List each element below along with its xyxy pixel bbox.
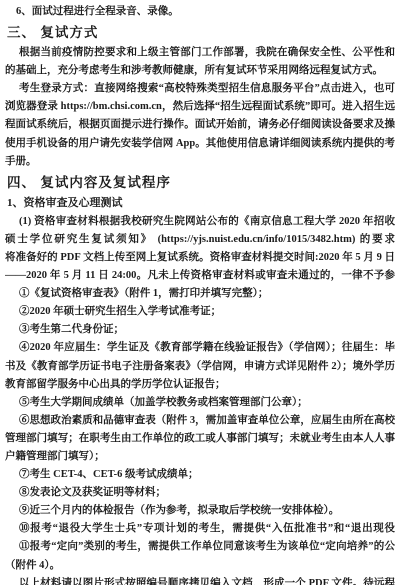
material-item-4-continued: 书及《教育部学历证书电子注册备案表》（学信网，申请方式详见附件 2）；境外学历考… — [5, 358, 395, 376]
material-item-8: ⑧发表论文及获奖证明等材料； — [5, 484, 395, 502]
material-item-11: ⑪报考“定向”类别的考生，需提供工作单位同意该考生为该单位“定向培养”的公函 — [5, 538, 395, 556]
material-item-6-continued: 管理部门填写；在职考生由工作单位的政工或人事部门填写；未就业考生由本人人事档案或 — [5, 430, 395, 448]
paragraph-line-pdf-merge-note: 以上材料请以图片形式按照编号顺序拷贝编入文档，形成一个 PDF 文件。待远程复试… — [5, 575, 395, 585]
paragraph-line: 的基础上，充分考虑考生和涉考教师健康，所有复试环节采用网络远程复试方式。 — [5, 62, 395, 80]
material-item-6-continued: 户籍管理部门填写）； — [5, 448, 395, 466]
material-item-4-continued: 教育部留学服务中心出具的学历学位认证报告； — [5, 376, 395, 394]
material-item-1: ①《复试资格审查表》（附件 1，需打印并填写完整）； — [5, 285, 395, 303]
paragraph-line-app-note: 使用手机设备的用户请先安装学信网 App。其他使用信息请详细阅读系统内提供的考生… — [5, 135, 395, 153]
material-item-7: ⑦考生 CET-4、CET-6 级考试成绩单； — [5, 466, 395, 484]
material-item-4: ④2020 年应届生：学生证及《教育部学籍在线验证报告》（学信网）；往届生：毕业… — [5, 339, 395, 357]
paragraph-line: 手册。 — [5, 153, 395, 171]
subsection-heading-qualification-check: 1、资格审查及心理测试 — [5, 194, 395, 213]
section-heading-3-review-method: 三、 复试方式 — [5, 22, 395, 43]
paragraph-line-submit-time: 将准备好的 PDF 文档上传至网上复试系统。资格审查材料提交时间:2020 年 … — [5, 249, 395, 267]
paragraph-line-login-method: 考生登录方式：直接网络搜索“高校特殊类型招生信息服务平台”点击进入，也可使用 — [5, 80, 395, 98]
numbered-item-6-recording: 6、面试过程进行全程录音、录像。 — [5, 3, 395, 21]
material-item-3: ③考生第二代身份证； — [5, 321, 395, 339]
section-heading-4-review-content: 四、 复试内容及复试程序 — [5, 172, 395, 193]
document-page: 6、面试过程进行全程录音、录像。 三、 复试方式 根据当前疫情防控要求和上级主管… — [0, 0, 399, 585]
paragraph-line-chsi-url: 浏览器登录 https://bm.chsi.com.cn，然后选择“招生远程面试… — [5, 98, 395, 116]
material-item-5: ⑤考生大学期间成绩单（加盖学校教务或档案管理部门公章）； — [5, 394, 395, 412]
material-item-9: ⑨近三个月内的体检报告（作为参考，拟录取后学校统一安排体检）。 — [5, 502, 395, 520]
material-item-2: ②2020 年硕士研究生招生入学考试准考证； — [5, 303, 395, 321]
material-item-6: ⑥思想政治素质和品德审查表（附件 3，需加盖审查单位公章，应届生由所在高校学生 — [5, 412, 395, 430]
paragraph-line: 程面试系统后，根据页面提示进行操作。面试开始前，请务必仔细阅读设备要求及操作指南… — [5, 116, 395, 134]
material-item-11-continued: （附件 4）。 — [5, 557, 395, 575]
paragraph-line: (1) 资格审查材料根据我校研究生院网站公布的《南京信息工程大学 2020 年招… — [5, 213, 395, 231]
paragraph-line-deadline: ——2020 年 5 月 11 日 24:00。凡未上传资格审查材料或审查未通过… — [5, 267, 395, 285]
paragraph-line-notice-url: 硕士学位研究生复试须知》 (https://yjs.nuist.edu.cn/i… — [5, 231, 395, 249]
paragraph-line: 根据当前疫情防控要求和上级主管部门工作部署，我院在确保安全性、公平性和科学性 — [5, 44, 395, 62]
material-item-10: ⑩报考“退役大学生士兵”专项计划的考生，需提供“入伍批准书”和“退出现役证”； — [5, 520, 395, 538]
